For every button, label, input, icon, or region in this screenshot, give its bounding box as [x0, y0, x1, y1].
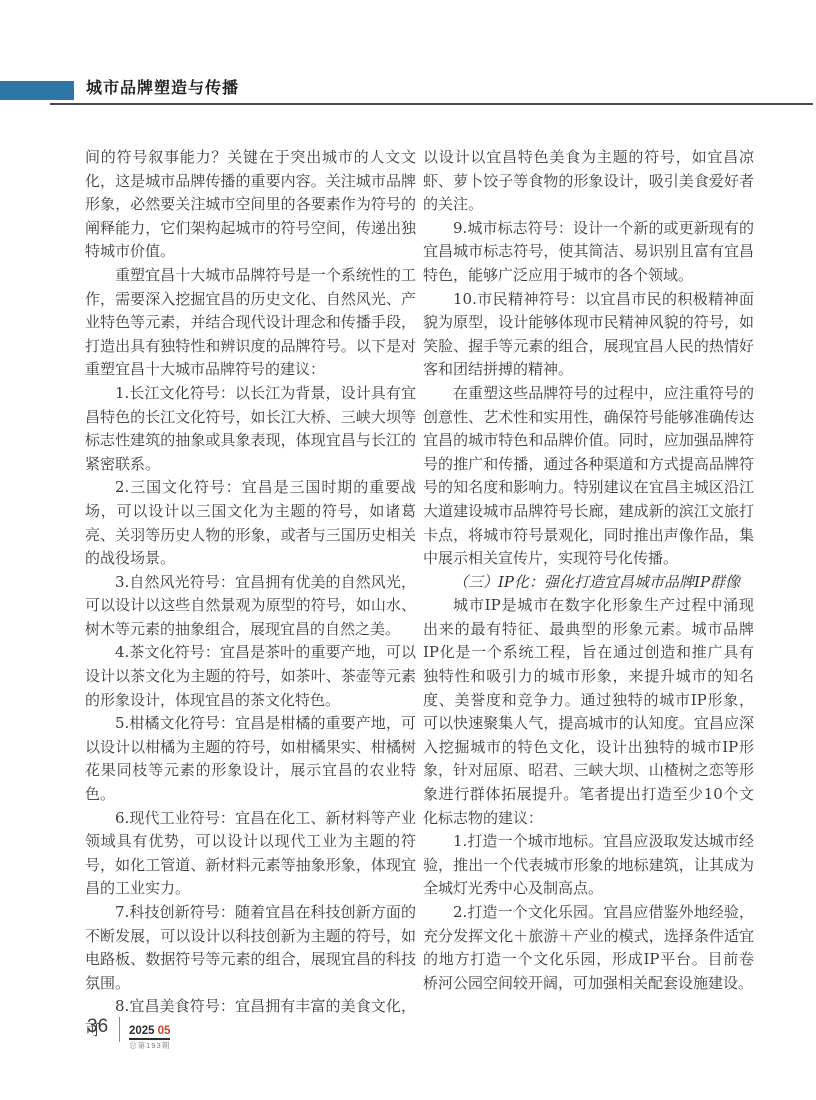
issue-block: 202505 总第193期	[129, 1019, 170, 1050]
text-column-right: 以设计以宜昌特色美食为主题的符号，如宜昌凉虾、萝卜饺子等食物的形象设计，吸引美食…	[423, 146, 754, 995]
paragraph: 2.打造一个文化乐园。宜昌应借鉴外地经验，充分发挥文化＋旅游＋产业的模式，选择条…	[423, 901, 754, 995]
paragraph: 10.市民精神符号：以宜昌市民的积极精神面貌为原型，设计能够体现市民精神风貌的符…	[423, 288, 754, 382]
page-number: 36	[87, 1016, 108, 1038]
paragraph: 2.三国文化符号：宜昌是三国时期的重要战场，可以设计以三国文化为主题的符号，如诸…	[85, 476, 416, 570]
paragraph: 间的符号叙事能力？关键在于突出城市的人文文化，这是城市品牌传播的重要内容。关注城…	[85, 146, 416, 264]
header-rule	[50, 103, 813, 105]
issue-number: 05	[158, 1025, 171, 1037]
issue-info: 总第193期	[129, 1041, 170, 1050]
paragraph: 3.自然风光符号：宜昌拥有优美的自然风光，可以设计以这些自然景观为原型的符号，如…	[85, 571, 416, 642]
paragraph: 9.城市标志符号：设计一个新的或更新现有的宜昌城市标志符号，使其简洁、易识别且富…	[423, 217, 754, 288]
magazine-page: 城市品牌塑造与传播 间的符号叙事能力？关键在于突出城市的人文文化，这是城市品牌传…	[0, 0, 816, 1100]
footer-divider	[119, 1017, 120, 1042]
issue-line: 202505	[129, 1025, 170, 1040]
paragraph: 在重塑这些品牌符号的过程中，应注重符号的创意性、艺术性和实用性，确保符号能够准确…	[423, 382, 754, 571]
paragraph: 以设计以宜昌特色美食为主题的符号，如宜昌凉虾、萝卜饺子等食物的形象设计，吸引美食…	[423, 146, 754, 217]
paragraph: 城市IP是城市在数字化形象生产过程中涌现出来的最有特征、最典型的形象元素。城市品…	[423, 594, 754, 830]
paragraph: 1.长江文化符号：以长江为背景，设计具有宜昌特色的长江文化符号，如长江大桥、三峡…	[85, 382, 416, 476]
paragraph: 重塑宜昌十大城市品牌符号是一个系统性的工作，需要深入挖掘宜昌的历史文化、自然风光…	[85, 264, 416, 382]
subsection-heading: （三）IP化：强化打造宜昌城市品牌IP群像	[423, 571, 754, 595]
issue-year: 2025	[129, 1025, 155, 1037]
paragraph: 6.现代工业符号：宜昌在化工、新材料等产业领域具有优势，可以设计以现代工业为主题…	[85, 807, 416, 901]
section-marker-bar	[0, 81, 74, 100]
paragraph: 1.打造一个城市地标。宜昌应汲取发达城市经验，推出一个代表城市形象的地标建筑，让…	[423, 830, 754, 901]
paragraph: 5.柑橘文化符号：宜昌是柑橘的重要产地，可以设计以柑橘为主题的符号，如柑橘果实、…	[85, 712, 416, 806]
paragraph: 4.茶文化符号：宜昌是茶叶的重要产地，可以设计以茶文化为主题的符号，如茶叶、茶壶…	[85, 641, 416, 712]
section-title: 城市品牌塑造与传播	[86, 78, 239, 100]
text-column-left: 间的符号叙事能力？关键在于突出城市的人文文化，这是城市品牌传播的重要内容。关注城…	[85, 146, 416, 1043]
paragraph: 7.科技创新符号：随着宜昌在科技创新方面的不断发展，可以设计以科技创新为主题的符…	[85, 901, 416, 995]
